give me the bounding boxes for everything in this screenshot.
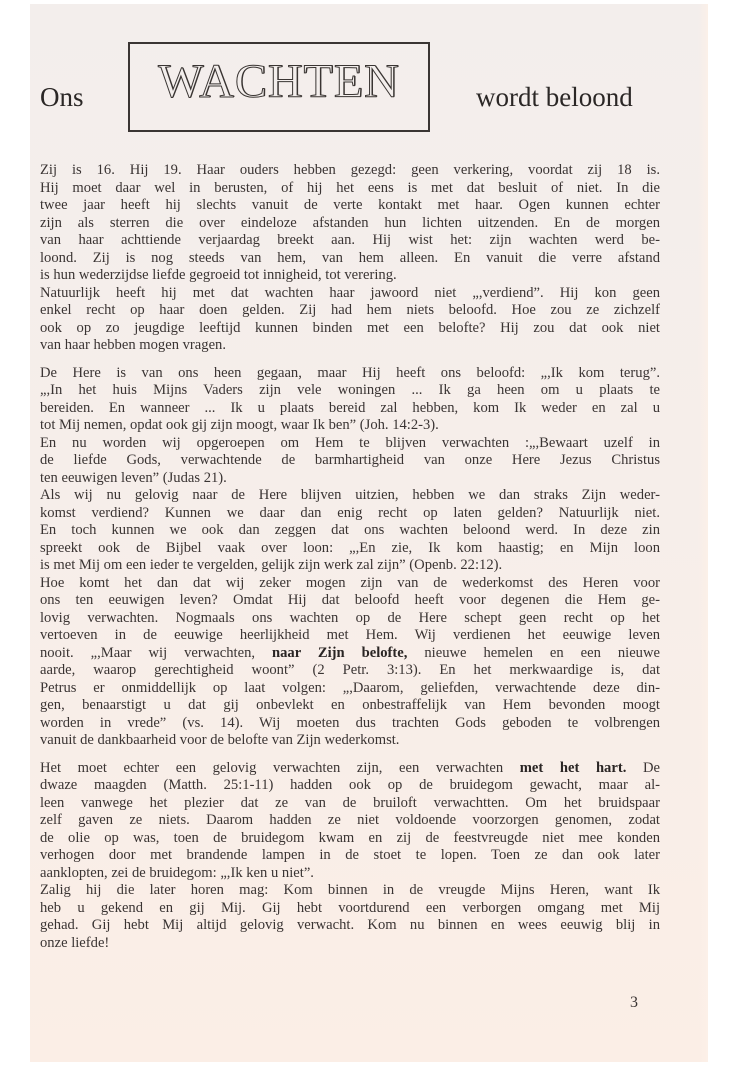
text-run: loond. Zij is nog steeds van hem, van he… (40, 250, 660, 266)
paragraph-block: Het moet echter een gelovig verwachten z… (40, 760, 660, 953)
text-line: is hun wederzijdse liefde gegroeid tot i… (40, 267, 660, 285)
magazine-page: Ons WACHTEN wordt beloond Zij is 16. Hij… (30, 4, 708, 1062)
text-line: loond. Zij is nog steeds van hem, van he… (40, 250, 660, 268)
text-line: de olie op was, toen de bruidegom kwam e… (40, 830, 660, 848)
text-run: vanuit de dankbaarheid voor de belofte v… (40, 732, 399, 748)
text-line: Petrus er onmiddellijk op laat volgen: „… (40, 680, 660, 698)
text-run: nieuwe hemelen en een nieuwe (407, 645, 660, 661)
text-line: onze liefde! (40, 935, 660, 953)
text-run: Zij is 16. Hij 19. Haar ouders hebben ge… (40, 162, 660, 178)
text-run: bereiden. En wanneer ... Ik u plaats ber… (40, 400, 660, 416)
paragraph-block: Zij is 16. Hij 19. Haar ouders hebben ge… (40, 162, 660, 355)
text-run: „,In het huis Mijns Vaders zijn vele won… (40, 382, 660, 398)
text-run: ons ten eeuwigen leven? Omdat Hij dat be… (40, 592, 660, 608)
text-run: Zalig hij die later horen mag: Kom binne… (40, 882, 660, 898)
text-line: worden in vrede” (vs. 14). Wij moeten du… (40, 715, 660, 733)
text-line: Het moet echter een gelovig verwachten z… (40, 760, 660, 778)
text-line: enkel recht op haar doen gelden. Zij had… (40, 302, 660, 320)
text-run: is hun wederzijdse liefde gegroeid tot i… (40, 267, 397, 283)
text-run: ten eeuwigen leven” (Judas 21). (40, 470, 227, 486)
text-line: de liefde Gods, verwachtende de barmhart… (40, 452, 660, 470)
text-run: de liefde Gods, verwachtende de barmhart… (40, 452, 660, 468)
title-suffix: wordt beloond (476, 82, 633, 113)
emphasis-text: naar Zijn belofte, (272, 645, 407, 661)
text-line: van haar hebben mogen vragen. (40, 337, 660, 355)
text-run: gen, benaarstigt u dat gij onbevlekt en … (40, 697, 660, 713)
text-run: En toch kunnen we ook dan zeggen dat ons… (40, 522, 660, 538)
text-line: Als wij nu gelovig naar de Here blijven … (40, 487, 660, 505)
text-line: ten eeuwigen leven” (Judas 21). (40, 470, 660, 488)
text-line: En nu worden wij opgeroepen om Hem te bl… (40, 435, 660, 453)
article-body: Zij is 16. Hij 19. Haar ouders hebben ge… (40, 162, 660, 952)
text-run: gehad. Gij hebt Mij altijd gelovig verwa… (40, 917, 660, 933)
text-line: nooit. „,Maar wij verwachten, naar Zijn … (40, 645, 660, 663)
article-title: WACHTEN (130, 54, 428, 109)
text-run: onze liefde! (40, 935, 109, 951)
text-line: leen vanwege het plezier dat ze van de b… (40, 795, 660, 813)
text-line: komst verdiend? Kunnen we daar dan enig … (40, 505, 660, 523)
text-run: En nu worden wij opgeroepen om Hem te bl… (40, 435, 660, 451)
text-line: heb u gekend en gij Mij. Gij hebt voortd… (40, 900, 660, 918)
text-line: gen, benaarstigt u dat gij onbevlekt en … (40, 697, 660, 715)
text-run: Het moet echter een gelovig verwachten z… (40, 760, 520, 776)
text-run: spreekt ook de Bijbel vaak over loon: „,… (40, 540, 660, 556)
text-run: nooit. „,Maar wij verwachten, (40, 645, 272, 661)
text-line: dwaze maagden (Matth. 25:1-11) hadden oo… (40, 777, 660, 795)
text-line: Hoe komt het dan dat wij zeker mogen zij… (40, 575, 660, 593)
text-line: Zij is 16. Hij 19. Haar ouders hebben ge… (40, 162, 660, 180)
text-line: „,In het huis Mijns Vaders zijn vele won… (40, 382, 660, 400)
text-run: vertoeven in de eeuwige heerlijkheid met… (40, 627, 660, 643)
text-run: ook op zo jeugdige leeftijd kunnen binde… (40, 320, 660, 336)
text-line: bereiden. En wanneer ... Ik u plaats ber… (40, 400, 660, 418)
text-run: heb u gekend en gij Mij. Gij hebt voortd… (40, 900, 660, 916)
text-run: De Here is van ons heen gegaan, maar Hij… (40, 365, 660, 381)
text-line: zijn als sterren die over eindeloze afst… (40, 215, 660, 233)
title-frame: WACHTEN (128, 42, 430, 132)
text-run: lovig verwachten. Nogmaals ons wachten o… (40, 610, 660, 626)
paragraph-gap (40, 355, 660, 365)
page-number: 3 (630, 994, 638, 1012)
text-run: Petrus er onmiddellijk op laat volgen: „… (40, 680, 660, 696)
text-line: En toch kunnen we ook dan zeggen dat ons… (40, 522, 660, 540)
text-run: verhogen door met brandende lampen in de… (40, 847, 660, 863)
text-line: ook op zo jeugdige leeftijd kunnen binde… (40, 320, 660, 338)
text-line: zelf gaven ze niets. Daarom hadden ze ni… (40, 812, 660, 830)
text-run: twee jaar heeft hij slechts vanuit de ve… (40, 197, 660, 213)
text-run: Natuurlijk heeft hij met dat wachten haa… (40, 285, 660, 301)
emphasis-text: met het hart. (520, 760, 627, 776)
text-run: aarde, waarop gerechtigheid woont” (2 Pe… (40, 662, 660, 678)
text-run: van haar hebben mogen vragen. (40, 337, 226, 353)
text-line: aanklopten, zei de bruidegom: „,Ik ken u… (40, 865, 660, 883)
paragraph-gap (40, 750, 660, 760)
text-line: Zalig hij die later horen mag: Kom binne… (40, 882, 660, 900)
text-line: lovig verwachten. Nogmaals ons wachten o… (40, 610, 660, 628)
text-run: aanklopten, zei de bruidegom: „,Ik ken u… (40, 865, 314, 881)
text-line: Natuurlijk heeft hij met dat wachten haa… (40, 285, 660, 303)
text-run: worden in vrede” (vs. 14). Wij moeten du… (40, 715, 660, 731)
text-line: twee jaar heeft hij slechts vanuit de ve… (40, 197, 660, 215)
text-run: is met Mij om een ieder te vergelden, ge… (40, 557, 502, 573)
text-run: de olie op was, toen de bruidegom kwam e… (40, 830, 660, 846)
text-line: vertoeven in de eeuwige heerlijkheid met… (40, 627, 660, 645)
text-line: spreekt ook de Bijbel vaak over loon: „,… (40, 540, 660, 558)
text-run: enkel recht op haar doen gelden. Zij had… (40, 302, 660, 318)
text-line: van haar achttiende verjaardag breekt aa… (40, 232, 660, 250)
paragraph-block: De Here is van ons heen gegaan, maar Hij… (40, 365, 660, 750)
text-line: Hij moet daar wel in berusten, of hij he… (40, 180, 660, 198)
text-line: gehad. Gij hebt Mij altijd gelovig verwa… (40, 917, 660, 935)
text-line: tot Mij nemen, opdat ook gij zijn moogt,… (40, 417, 660, 435)
text-run: De (626, 760, 660, 776)
title-prefix: Ons (40, 82, 84, 113)
text-line: De Here is van ons heen gegaan, maar Hij… (40, 365, 660, 383)
text-run: zijn als sterren die over eindeloze afst… (40, 215, 660, 231)
text-line: is met Mij om een ieder te vergelden, ge… (40, 557, 660, 575)
text-run: dwaze maagden (Matth. 25:1-11) hadden oo… (40, 777, 660, 793)
text-line: vanuit de dankbaarheid voor de belofte v… (40, 732, 660, 750)
text-line: ons ten eeuwigen leven? Omdat Hij dat be… (40, 592, 660, 610)
text-run: komst verdiend? Kunnen we daar dan enig … (40, 505, 660, 521)
text-run: zelf gaven ze niets. Daarom hadden ze ni… (40, 812, 660, 828)
text-line: aarde, waarop gerechtigheid woont” (2 Pe… (40, 662, 660, 680)
text-run: leen vanwege het plezier dat ze van de b… (40, 795, 660, 811)
article-header: Ons WACHTEN wordt beloond (30, 4, 708, 154)
text-run: Als wij nu gelovig naar de Here blijven … (40, 487, 660, 503)
text-run: van haar achttiende verjaardag breekt aa… (40, 232, 660, 248)
text-run: Hij moet daar wel in berusten, of hij he… (40, 180, 660, 196)
text-run: Hoe komt het dan dat wij zeker mogen zij… (40, 575, 660, 591)
text-line: verhogen door met brandende lampen in de… (40, 847, 660, 865)
text-run: tot Mij nemen, opdat ook gij zijn moogt,… (40, 417, 439, 433)
